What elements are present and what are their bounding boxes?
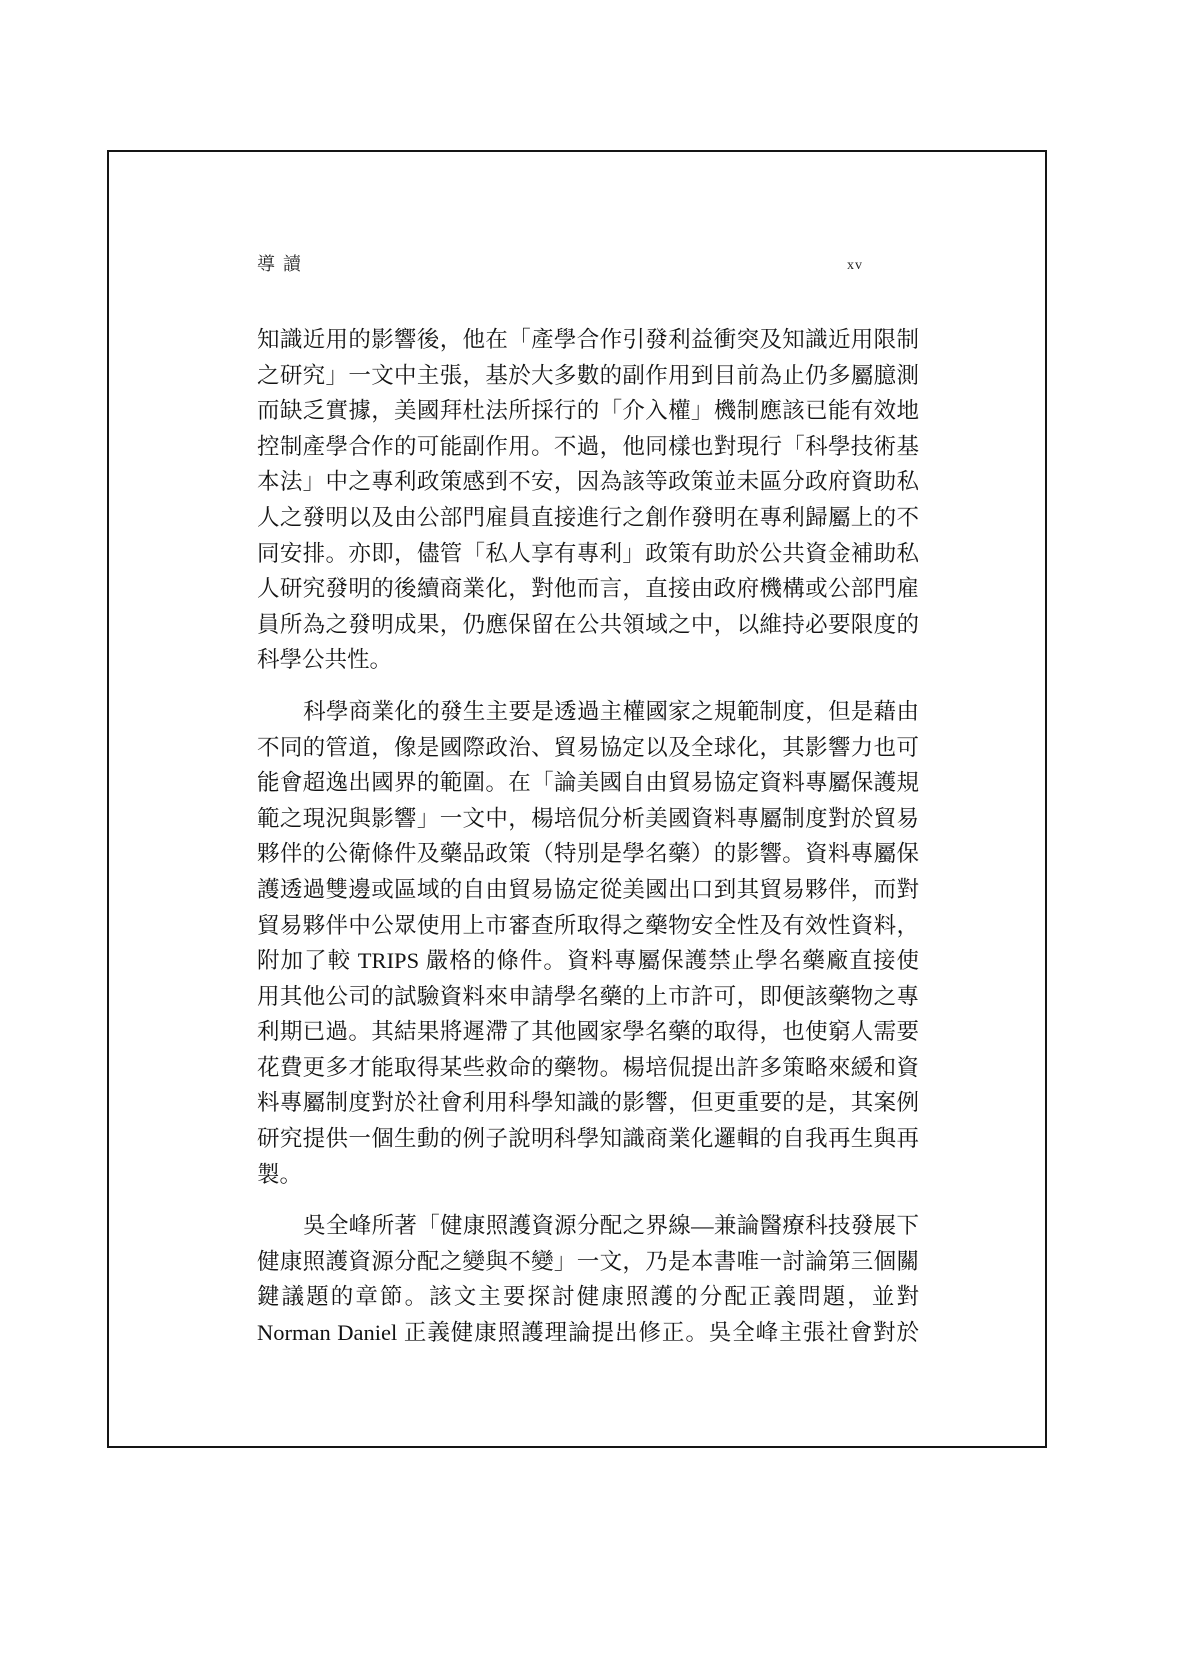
text-line: 本法」中之專利政策感到不安，因為該等政策並未區分政府資助私 [257,464,919,500]
text-line: 科學商業化的發生主要是透過主權國家之規範制度，但是藉由 [257,694,919,730]
running-title: 導讀 [257,250,309,276]
text-line: 而缺乏實據，美國拜杜法所採行的「介入權」機制應該已能有效地 [257,393,919,429]
text-line: 附加了較 TRIPS 嚴格的條件。資料專屬保護禁止學名藥廠直接使 [257,943,919,979]
text-line: 人之發明以及由公部門雇員直接進行之創作發明在專利歸屬上的不 [257,500,919,536]
page-number: xv [847,258,863,274]
text-line: 花費更多才能取得某些救命的藥物。楊培侃提出許多策略來緩和資 [257,1050,919,1086]
paragraph: 科學商業化的發生主要是透過主權國家之規範制度，但是藉由不同的管道，像是國際政治、… [257,694,919,1192]
text-line: 科學公共性。 [257,642,919,678]
text-line: 貿易夥伴中公眾使用上市審查所取得之藥物安全性及有效性資料， [257,908,919,944]
text-line: 人研究發明的後續商業化，對他而言，直接由政府機構或公部門雇 [257,571,919,607]
page-border: 導讀 xv 知識近用的影響後，他在「產學合作引發利益衝突及知識近用限制之研究」一… [107,150,1047,1448]
text-line: 之研究」一文中主張，基於大多數的副作用到目前為止仍多屬臆測 [257,358,919,394]
text-line: 吳全峰所著「健康照護資源分配之界線—兼論醫療科技發展下 [257,1208,919,1244]
text-line: 鍵議題的章節。該文主要探討健康照護的分配正義問題，並對 [257,1279,919,1315]
text-line: 料專屬制度對於社會利用科學知識的影響，但更重要的是，其案例 [257,1085,919,1121]
text-line: 利期已過。其結果將遲滯了其他國家學名藥的取得，也使窮人需要 [257,1014,919,1050]
scanned-book-page: 導讀 xv 知識近用的影響後，他在「產學合作引發利益衝突及知識近用限制之研究」一… [0,0,1177,1664]
text-line: 製。 [257,1157,919,1193]
body-text: 知識近用的影響後，他在「產學合作引發利益衝突及知識近用限制之研究」一文中主張，基… [257,322,919,1367]
text-line: 員所為之發明成果，仍應保留在公共領域之中，以維持必要限度的 [257,607,919,643]
paragraph: 吳全峰所著「健康照護資源分配之界線—兼論醫療科技發展下健康照護資源分配之變與不變… [257,1208,919,1350]
text-line: 健康照護資源分配之變與不變」一文，乃是本書唯一討論第三個關 [257,1244,919,1280]
text-line: 夥伴的公衛條件及藥品政策（特別是學名藥）的影響。資料專屬保 [257,836,919,872]
text-line: 知識近用的影響後，他在「產學合作引發利益衝突及知識近用限制 [257,322,919,358]
text-line: 同安排。亦即，儘管「私人享有專利」政策有助於公共資金補助私 [257,536,919,572]
text-line: 範之現況與影響」一文中，楊培侃分析美國資料專屬制度對於貿易 [257,801,919,837]
text-line: 不同的管道，像是國際政治、貿易協定以及全球化，其影響力也可 [257,730,919,766]
text-line: 能會超逸出國界的範圍。在「論美國自由貿易協定資料專屬保護規 [257,765,919,801]
paragraph: 知識近用的影響後，他在「產學合作引發利益衝突及知識近用限制之研究」一文中主張，基… [257,322,919,678]
text-line: Norman Daniel 正義健康照護理論提出修正。吳全峰主張社會對於 [257,1315,919,1351]
text-line: 研究提供一個生動的例子說明科學知識商業化邏輯的自我再生與再 [257,1121,919,1157]
text-line: 用其他公司的試驗資料來申請學名藥的上市許可，即便該藥物之專 [257,979,919,1015]
text-line: 控制產學合作的可能副作用。不過，他同樣也對現行「科學技術基 [257,429,919,465]
text-line: 護透過雙邊或區域的自由貿易協定從美國出口到其貿易夥伴，而對 [257,872,919,908]
